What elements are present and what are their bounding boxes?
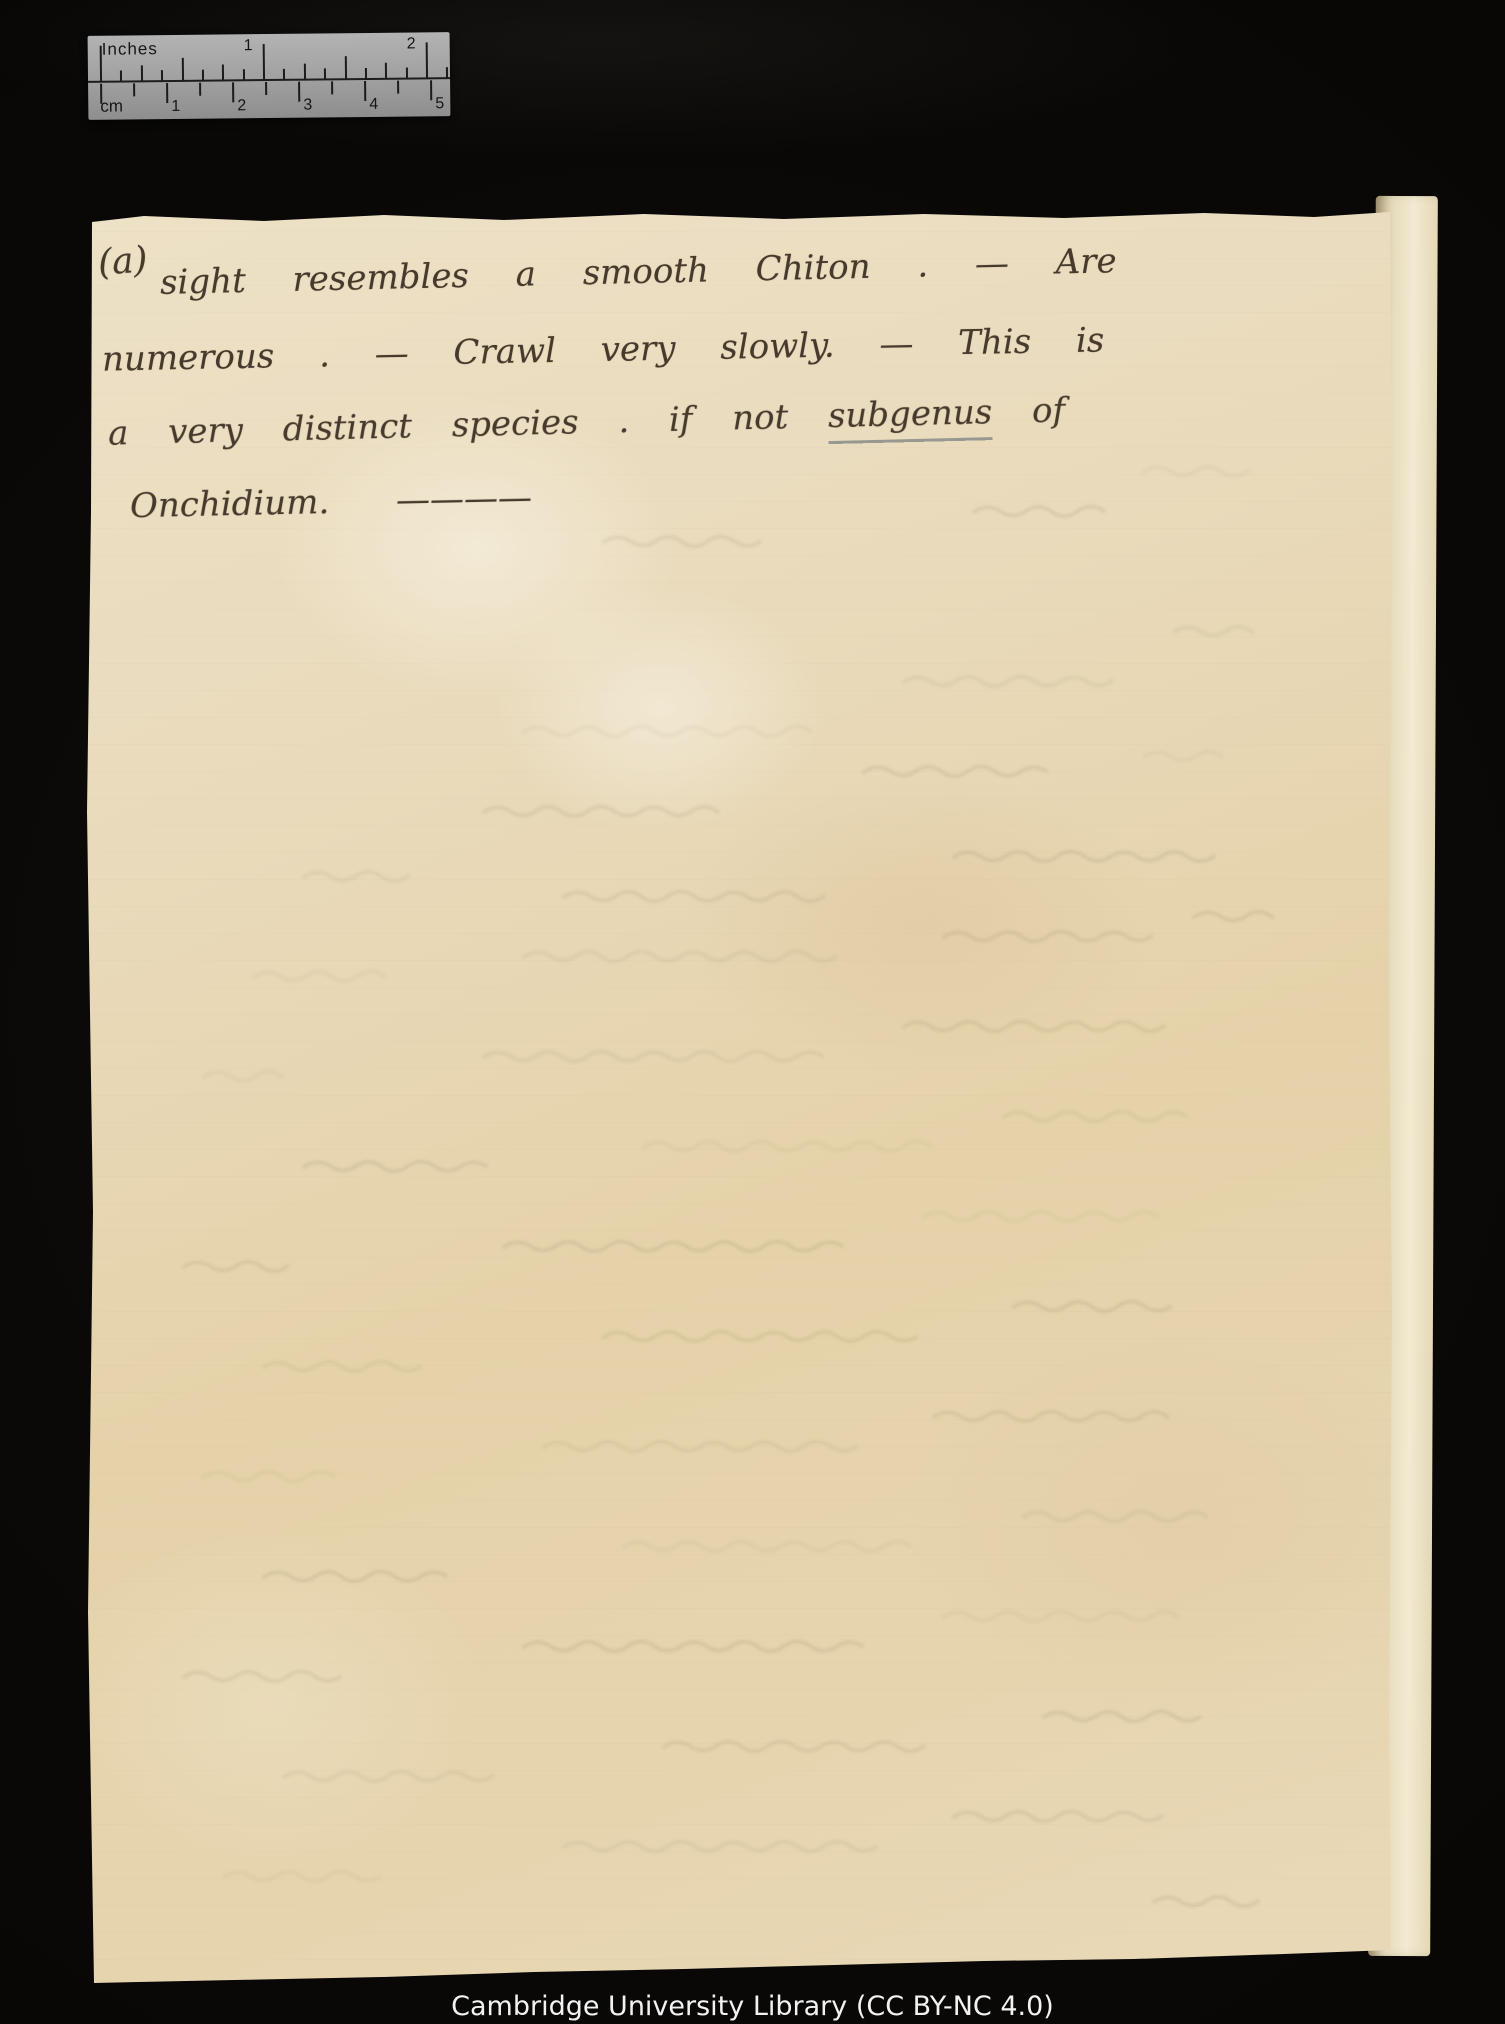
manuscript-page: (a) sight resembles a smooth Chiton . — … bbox=[84, 212, 1392, 1987]
verso-showthrough bbox=[84, 212, 1392, 1987]
handwriting-line-4: Onchidium. ———— bbox=[130, 480, 533, 526]
ruler-cm-number: 5 bbox=[435, 95, 444, 113]
handwriting-line-1: sight resembles a smooth Chiton . — Are bbox=[160, 243, 1117, 302]
ruler-cm-label: cm bbox=[100, 97, 123, 117]
annotation-letter: (a) bbox=[97, 240, 149, 283]
handwriting-line-2: numerous . — Crawl very slowly. — This i… bbox=[102, 322, 1105, 379]
ruler-cm-number: 1 bbox=[171, 98, 180, 116]
handwriting-text: of bbox=[992, 390, 1066, 432]
ruler-inch-ticks bbox=[88, 32, 450, 36]
ruler: Inches cm 1 2 1 2 3 4 5 bbox=[88, 32, 451, 120]
handwriting-text: a very distinct species . if not bbox=[108, 396, 829, 454]
ruler-inch-number: 1 bbox=[244, 37, 253, 55]
ruler-cm-number: 2 bbox=[237, 97, 246, 115]
attribution-caption: Cambridge University Library (CC BY-NC 4… bbox=[0, 1991, 1505, 2022]
photograph-background: Inches cm 1 2 1 2 3 4 5 (a) sight resemb… bbox=[0, 0, 1505, 2024]
underlined-word: subgenus bbox=[827, 392, 992, 444]
handwriting-line-3: a very distinct species . if not subgenu… bbox=[108, 392, 1066, 453]
ruler-inch-number: 2 bbox=[407, 35, 416, 53]
ruler-cm-ticks bbox=[88, 32, 450, 36]
ruler-cm-number: 4 bbox=[369, 96, 378, 114]
ruler-inches-label: Inches bbox=[102, 39, 158, 60]
ruler-cm-number: 3 bbox=[303, 97, 312, 115]
